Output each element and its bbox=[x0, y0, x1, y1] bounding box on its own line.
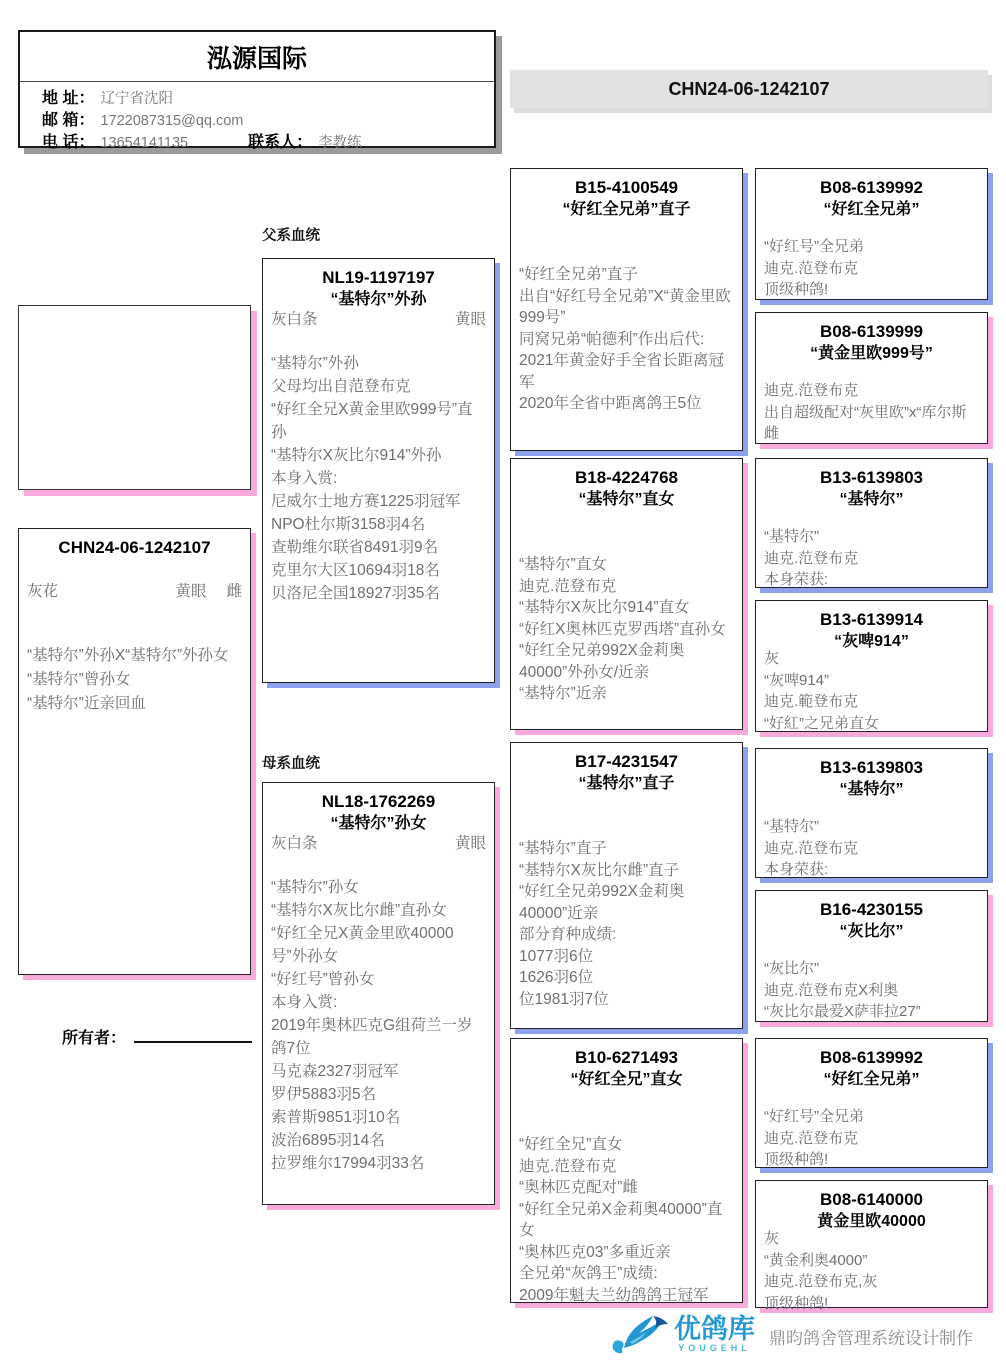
bird-details: “基特尔”直子 “基特尔X灰比尔雌”直子 “好红全兄弟992X金莉奥40000”… bbox=[519, 838, 736, 1010]
main-bird-eye-sex: 黄眼雌 bbox=[155, 579, 242, 601]
ring-number: B13-6139914 bbox=[756, 601, 987, 631]
main-bird-ring: CHN24-06-1242107 bbox=[19, 529, 250, 559]
bird-details: “基特尔”直女 迪克.范登布克 “基特尔X灰比尔914”直女 “好红X奥林匹克罗… bbox=[519, 554, 736, 705]
bird-details: 迪克.范登布克 出自超级配对“灰里欧”x“库尔斯雌 bbox=[764, 380, 981, 445]
bird-name: “基特尔”直女 bbox=[511, 489, 742, 510]
owner-row: 所有者： bbox=[62, 1025, 252, 1048]
bird-details: 灰 “黄金利奥4000” 迪克.范登布克,灰 顶级种鸽! bbox=[764, 1228, 981, 1314]
ring-number: B15-4100549 bbox=[511, 169, 742, 199]
main-bird-color: 灰花 bbox=[27, 579, 58, 601]
pedigree-box-great-grandparent-3: B13-6139803 “基特尔” “基特尔” 迪克.范登布克 本身荣获: bbox=[755, 458, 988, 588]
pedigree-box-maternal-granddam: B10-6271493 “好红全兄”直女 “好红全兄”直女 迪克.范登布克 “奥… bbox=[510, 1038, 743, 1303]
ring-number: B13-6139803 bbox=[756, 459, 987, 489]
bird-details: “好红全兄弟”直子 出自“好红号全兄弟”X“黄金里欧999号” 同窝兄弟“帕德利… bbox=[519, 264, 736, 415]
ring-number: B08-6139992 bbox=[756, 169, 987, 199]
ring-number-banner: CHN24-06-1242107 bbox=[510, 70, 988, 108]
loft-contact-rows: 地 址：辽宁省沈阳 邮 箱：1722087315@qq.com 电 话：1365… bbox=[20, 82, 494, 154]
address-row: 地 址：辽宁省沈阳 bbox=[42, 88, 494, 110]
sire-line-label: 父系血统 bbox=[262, 224, 320, 245]
pedigree-box-paternal-grandsire: B15-4100549 “好红全兄弟”直子 “好红全兄弟”直子 出自“好红号全兄… bbox=[510, 168, 743, 451]
email-value: 1722087315@qq.com bbox=[94, 113, 243, 129]
ring-number: B08-6140000 bbox=[756, 1181, 987, 1211]
brand-name: 优鸽库 bbox=[674, 1315, 755, 1343]
ring-number: B13-6139803 bbox=[756, 749, 987, 779]
loft-header-card: 泓源国际 地 址：辽宁省沈阳 邮 箱：1722087315@qq.com 电 话… bbox=[18, 30, 496, 148]
bird-details: “好红号”全兄弟 迪克.范登布克 顶级种鸽! bbox=[764, 1106, 981, 1171]
email-row: 邮 箱：1722087315@qq.com bbox=[42, 110, 494, 132]
sire-color: 灰白条 bbox=[271, 307, 318, 329]
pedigree-certificate-page: 泓源国际 地 址：辽宁省沈阳 邮 箱：1722087315@qq.com 电 话… bbox=[0, 0, 1006, 1366]
dam-line-label: 母系血统 bbox=[262, 752, 320, 773]
footer-brand: 优鸽库 YOUGEHL 鼎昀鸽舍管理系统设计制作 bbox=[608, 1308, 973, 1360]
owner-signature-line bbox=[134, 1029, 252, 1043]
ring-number: B10-6271493 bbox=[511, 1039, 742, 1069]
pedigree-box-great-grandparent-8: B08-6140000 黄金里欧40000 灰 “黄金利奥4000” 迪克.范登… bbox=[755, 1180, 988, 1308]
ring-number: B16-4230155 bbox=[756, 891, 987, 921]
brand-subtitle: YOUGEHL bbox=[678, 1343, 751, 1354]
pedigree-box-great-grandparent-5: B13-6139803 “基特尔” “基特尔” 迪克.范登布克 本身荣获: bbox=[755, 748, 988, 878]
pedigree-box-maternal-grandsire: B17-4231547 “基特尔”直子 “基特尔”直子 “基特尔X灰比尔雌”直子… bbox=[510, 742, 743, 1029]
bird-details: “基特尔” 迪克.范登布克 本身荣获: bbox=[764, 816, 981, 881]
pedigree-box-sire: NL19-1197197 “基特尔”外孙 灰白条 黄眼 “基特尔”外孙 父母均出… bbox=[262, 258, 495, 683]
bird-details: “好红全兄”直女 迪克.范登布克 “奥林匹克配对”雌 “好红全兄弟X金莉奥400… bbox=[519, 1134, 736, 1306]
bird-details: 灰 “灰啤914” 迪克.範登布克 “好紅”之兄弟直女 bbox=[764, 648, 981, 734]
pedigree-box-main-bird: CHN24-06-1242107 灰花 黄眼雌 “基特尔”外孙X“基特尔”外孙女… bbox=[18, 528, 251, 975]
owner-label: 所有者： bbox=[62, 1030, 126, 1047]
pedigree-box-great-grandparent-2: B08-6139999 “黄金里欧999号” 迪克.范登布克 出自超级配对“灰里… bbox=[755, 312, 988, 444]
contact-label: 联系人： bbox=[248, 134, 312, 151]
main-bird-sex: 雌 bbox=[226, 583, 242, 600]
yougehl-bird-logo-icon bbox=[608, 1308, 670, 1360]
ring-number: B18-4224768 bbox=[511, 459, 742, 489]
photo-placeholder bbox=[18, 305, 251, 490]
sire-details: “基特尔”外孙 父母均出自范登布克 “好红全兄X黄金里欧999号”直孙 “基特尔… bbox=[271, 352, 488, 605]
dam-ring: NL18-1762269 bbox=[263, 783, 494, 813]
bird-details: “灰比尔” 迪克.范登布克X利奥 “灰比尔最爱X萨菲拉27” bbox=[764, 958, 981, 1023]
footer-tagline: 鼎昀鸽舍管理系统设计制作 bbox=[769, 1324, 973, 1349]
main-bird-eye: 黄眼 bbox=[175, 583, 206, 600]
bird-name: “基特尔” bbox=[756, 489, 987, 510]
bird-details: “好红号”全兄弟 迪克.范登布克 顶级种鸽! bbox=[764, 236, 981, 301]
bird-name: “基特尔” bbox=[756, 779, 987, 800]
phone-value: 13654141135 bbox=[94, 135, 188, 151]
sire-color-row: 灰白条 黄眼 bbox=[271, 307, 486, 329]
bird-name: “灰比尔” bbox=[756, 921, 987, 942]
sire-eye: 黄眼 bbox=[455, 307, 486, 329]
bird-name: “基特尔”直子 bbox=[511, 773, 742, 794]
pedigree-box-paternal-granddam: B18-4224768 “基特尔”直女 “基特尔”直女 迪克.范登布克 “基特尔… bbox=[510, 458, 743, 730]
sire-ring: NL19-1197197 bbox=[263, 259, 494, 289]
pedigree-box-dam: NL18-1762269 “基特尔”孙女 灰白条 黄眼 “基特尔”孙女 “基特尔… bbox=[262, 782, 495, 1205]
pedigree-box-great-grandparent-7: B08-6139992 “好红全兄弟” “好红号”全兄弟 迪克.范登布克 顶级种… bbox=[755, 1038, 988, 1168]
pedigree-box-great-grandparent-1: B08-6139992 “好红全兄弟” “好红号”全兄弟 迪克.范登布克 顶级种… bbox=[755, 168, 988, 300]
pedigree-box-great-grandparent-4: B13-6139914 “灰啤914” 灰 “灰啤914” 迪克.範登布克 “好… bbox=[755, 600, 988, 732]
dam-color-row: 灰白条 黄眼 bbox=[271, 831, 486, 853]
bird-details: “基特尔” 迪克.范登布克 本身荣获: bbox=[764, 526, 981, 591]
dam-eye: 黄眼 bbox=[455, 831, 486, 853]
dam-details: “基特尔”孙女 “基特尔X灰比尔雌”直孙女 “好红全兄X黄金里欧40000号”外… bbox=[271, 876, 488, 1175]
bird-name: “好红全兄弟”直子 bbox=[511, 199, 742, 220]
contact-value: 李教练 bbox=[312, 135, 362, 151]
bird-name: “好红全兄弟” bbox=[756, 1069, 987, 1090]
phone-row: 电 话：13654141135联系人：李教练 bbox=[42, 132, 494, 154]
loft-name: 泓源国际 bbox=[20, 32, 494, 81]
phone-label: 电 话： bbox=[42, 134, 94, 151]
bird-name: “黄金里欧999号” bbox=[756, 343, 987, 364]
bird-name: “好红全兄弟” bbox=[756, 199, 987, 220]
email-label: 邮 箱： bbox=[42, 112, 94, 129]
ring-number: B08-6139999 bbox=[756, 313, 987, 343]
ring-number: B08-6139992 bbox=[756, 1039, 987, 1069]
address-value: 辽宁省沈阳 bbox=[94, 91, 173, 107]
pedigree-box-great-grandparent-6: B16-4230155 “灰比尔” “灰比尔” 迪克.范登布克X利奥 “灰比尔最… bbox=[755, 890, 988, 1022]
main-bird-color-row: 灰花 黄眼雌 bbox=[27, 579, 242, 601]
brand-text-block: 优鸽库 YOUGEHL bbox=[674, 1315, 755, 1354]
main-bird-details: “基特尔”外孙X“基特尔”外孙女 “基特尔”曾孙女 “基特尔”近亲回血 bbox=[27, 644, 244, 716]
bird-name: “好红全兄”直女 bbox=[511, 1069, 742, 1090]
ring-number: B17-4231547 bbox=[511, 743, 742, 773]
address-label: 地 址： bbox=[42, 90, 94, 107]
dam-color: 灰白条 bbox=[271, 831, 318, 853]
